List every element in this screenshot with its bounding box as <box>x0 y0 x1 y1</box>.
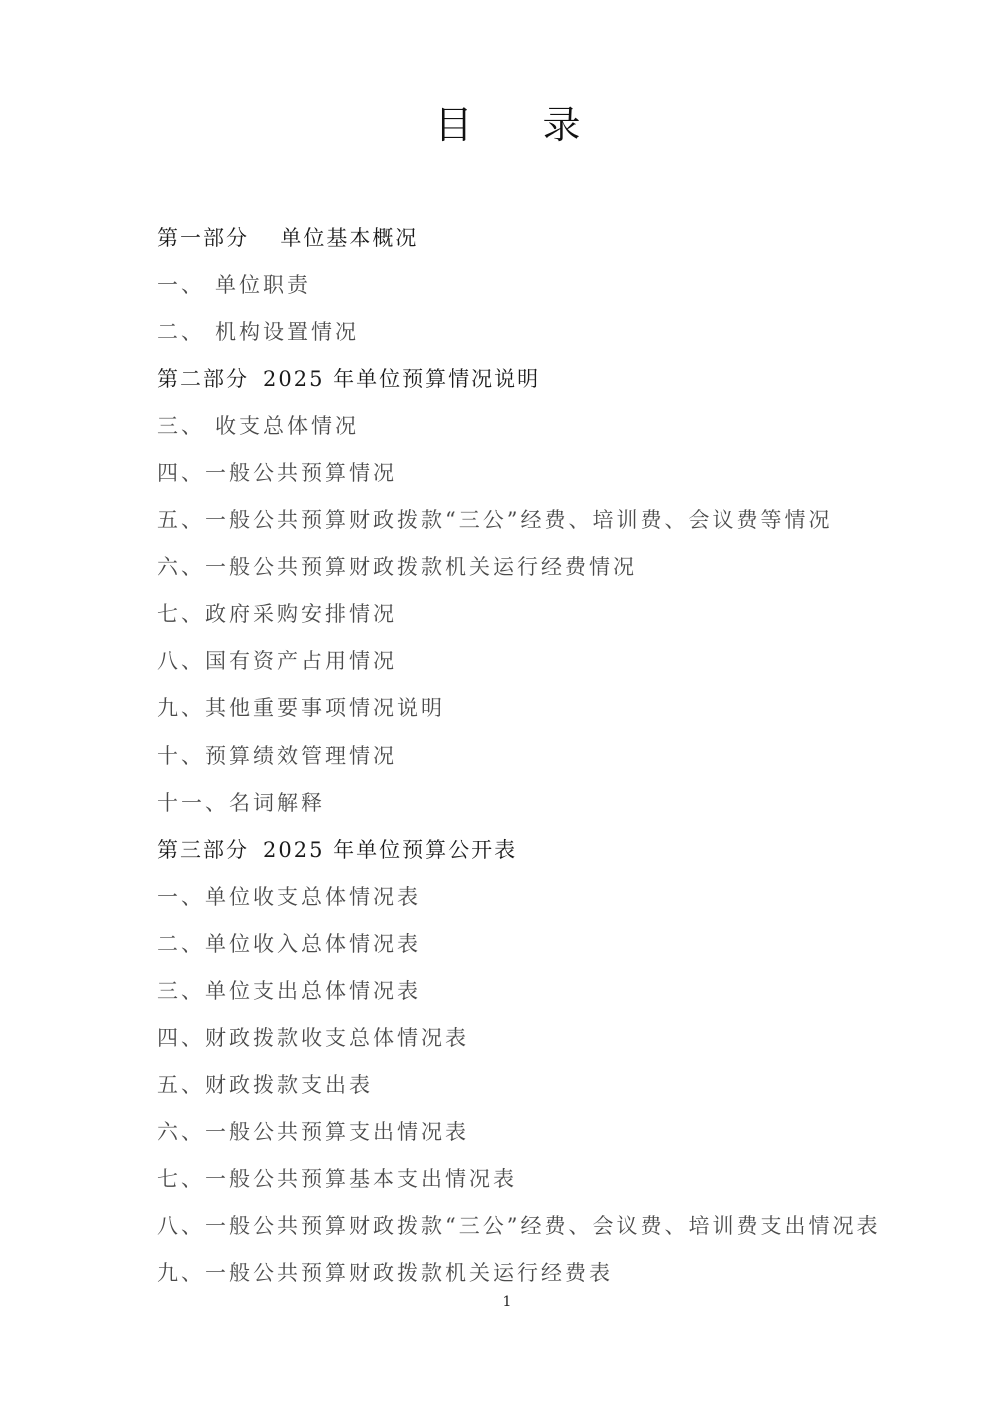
item-number: 六、 <box>157 1112 205 1152</box>
item-number: 十一、 <box>157 783 229 823</box>
toc-item[interactable]: 七、政府采购安排情况 <box>157 594 917 641</box>
item-number: 三、 <box>157 971 205 1011</box>
toc-item[interactable]: 一、单位职责 <box>157 265 917 312</box>
part-title: 2025 年单位预算公开表 <box>263 838 517 862</box>
part-label: 第二部分 <box>157 359 249 399</box>
item-number: 五、 <box>157 500 205 540</box>
item-number: 三、 <box>157 406 215 446</box>
toc-item[interactable]: 三、单位支出总体情况表 <box>157 971 917 1018</box>
item-number: 一、 <box>157 877 205 917</box>
toc-item[interactable]: 十、预算绩效管理情况 <box>157 736 917 783</box>
item-number: 七、 <box>157 594 205 634</box>
item-title: 其他重要事项情况说明 <box>205 696 445 720</box>
item-title: 一般公共预算财政拨款“三公”经费、培训费、会议费等情况 <box>205 508 832 532</box>
item-number: 八、 <box>157 641 205 681</box>
toc-item[interactable]: 四、财政拨款收支总体情况表 <box>157 1018 917 1065</box>
item-title: 一般公共预算情况 <box>205 461 397 485</box>
item-title: 名词解释 <box>229 791 325 815</box>
item-title: 一般公共预算支出情况表 <box>205 1120 469 1144</box>
toc-item[interactable]: 二、机构设置情况 <box>157 312 917 359</box>
part-title: 2025 年单位预算情况说明 <box>263 367 540 391</box>
toc-item[interactable]: 九、一般公共预算财政拨款机关运行经费表 <box>157 1253 917 1300</box>
part-label: 第三部分 <box>157 830 249 870</box>
item-number: 九、 <box>157 688 205 728</box>
item-title: 财政拨款支出表 <box>205 1073 373 1097</box>
item-number: 二、 <box>157 312 215 352</box>
item-number: 五、 <box>157 1065 205 1105</box>
item-title: 收支总体情况 <box>215 414 359 438</box>
item-title: 一般公共预算财政拨款“三公”经费、会议费、培训费支出情况表 <box>205 1214 880 1238</box>
part-title: 单位基本概况 <box>280 226 418 250</box>
part-label: 第一部分 <box>157 218 249 258</box>
item-title: 一般公共预算基本支出情况表 <box>205 1167 517 1191</box>
table-of-contents: 第一部分 单位基本概况 一、单位职责 二、机构设置情况 第二部分2025 年单位… <box>157 218 917 1300</box>
title-char-2: 录 <box>543 103 581 147</box>
toc-item[interactable]: 二、单位收入总体情况表 <box>157 924 917 971</box>
item-number: 七、 <box>157 1159 205 1199</box>
toc-part-3[interactable]: 第三部分2025 年单位预算公开表 <box>157 830 917 877</box>
item-number: 六、 <box>157 547 205 587</box>
item-title: 单位收入总体情况表 <box>205 932 421 956</box>
item-number: 八、 <box>157 1206 205 1246</box>
item-number: 九、 <box>157 1253 205 1293</box>
toc-item[interactable]: 八、一般公共预算财政拨款“三公”经费、会议费、培训费支出情况表 <box>157 1206 917 1253</box>
toc-item[interactable]: 三、收支总体情况 <box>157 406 917 453</box>
toc-item[interactable]: 五、一般公共预算财政拨款“三公”经费、培训费、会议费等情况 <box>157 500 917 547</box>
toc-part-2[interactable]: 第二部分2025 年单位预算情况说明 <box>157 359 917 406</box>
item-title: 政府采购安排情况 <box>205 602 397 626</box>
item-number: 二、 <box>157 924 205 964</box>
toc-item[interactable]: 五、财政拨款支出表 <box>157 1065 917 1112</box>
item-number: 十、 <box>157 736 205 776</box>
toc-item[interactable]: 六、一般公共预算财政拨款机关运行经费情况 <box>157 547 917 594</box>
toc-item[interactable]: 八、国有资产占用情况 <box>157 641 917 688</box>
toc-item[interactable]: 一、单位收支总体情况表 <box>157 877 917 924</box>
item-number: 四、 <box>157 453 205 493</box>
title-char-1: 目 <box>434 103 472 147</box>
item-title: 机构设置情况 <box>215 320 359 344</box>
item-number: 一、 <box>157 265 215 305</box>
item-title: 单位支出总体情况表 <box>205 979 421 1003</box>
toc-part-1[interactable]: 第一部分 单位基本概况 <box>157 218 917 265</box>
item-title: 财政拨款收支总体情况表 <box>205 1026 469 1050</box>
item-title: 一般公共预算财政拨款机关运行经费表 <box>205 1261 613 1285</box>
toc-item[interactable]: 七、一般公共预算基本支出情况表 <box>157 1159 917 1206</box>
page-title: 目录 <box>0 100 1000 150</box>
item-title: 预算绩效管理情况 <box>205 744 397 768</box>
item-title: 单位职责 <box>215 273 311 297</box>
page-number: 1 <box>500 1294 514 1310</box>
item-number: 四、 <box>157 1018 205 1058</box>
item-title: 国有资产占用情况 <box>205 649 397 673</box>
item-title: 一般公共预算财政拨款机关运行经费情况 <box>205 555 637 579</box>
toc-item[interactable]: 十一、名词解释 <box>157 783 917 830</box>
toc-item[interactable]: 六、一般公共预算支出情况表 <box>157 1112 917 1159</box>
item-title: 单位收支总体情况表 <box>205 885 421 909</box>
toc-item[interactable]: 九、其他重要事项情况说明 <box>157 688 917 735</box>
toc-item[interactable]: 四、一般公共预算情况 <box>157 453 917 500</box>
